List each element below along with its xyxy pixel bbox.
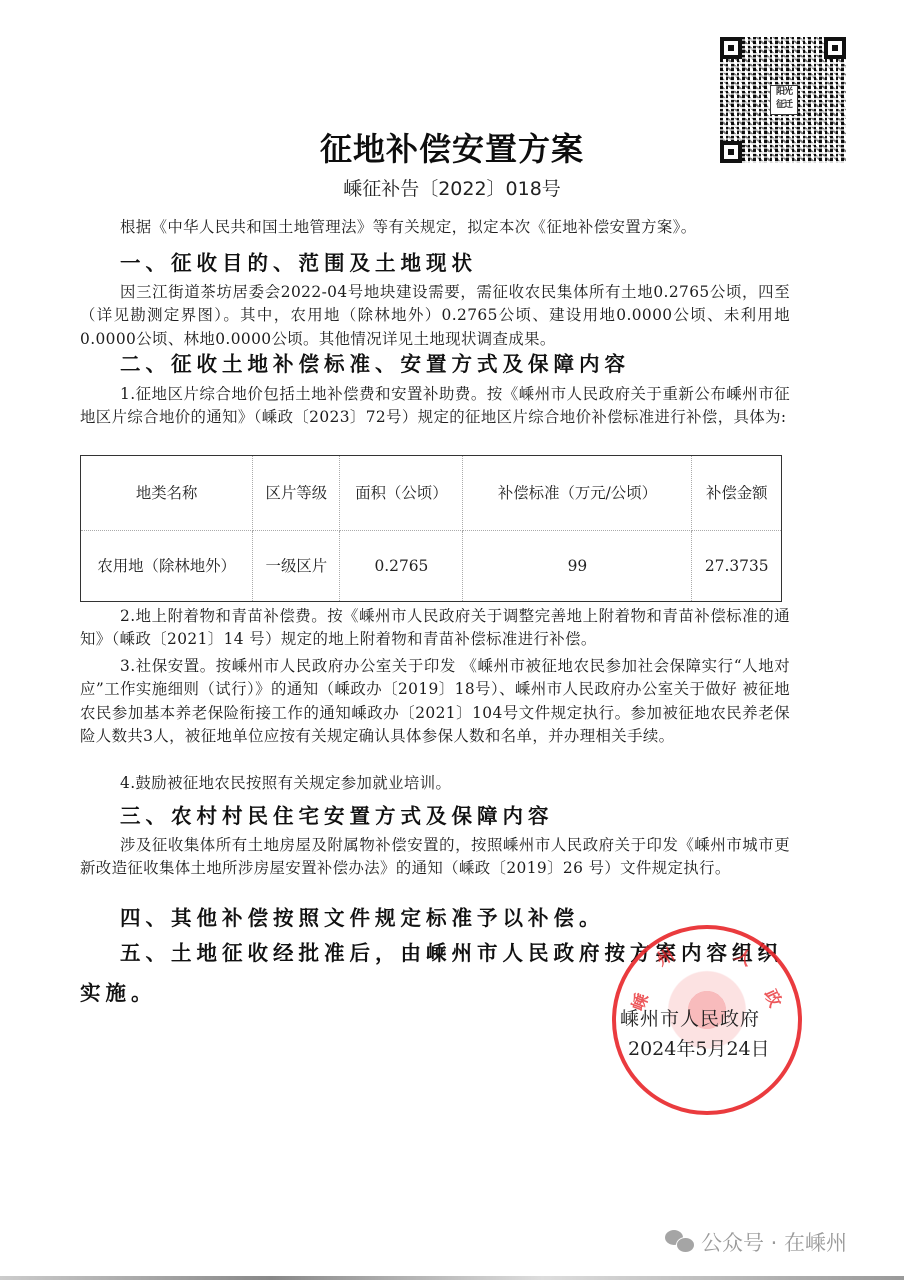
- section-1-paragraph: 因三江街道茶坊居委会2022-04号地块建设需要，需征收农民集体所有土地0.27…: [80, 281, 790, 351]
- table-cell: 农用地（除林地外）: [81, 531, 253, 602]
- document-title: 征地补偿安置方案: [0, 124, 904, 170]
- section-heading-3: 三、农村村民住宅安置方式及保障内容: [120, 799, 554, 829]
- qr-logo-line2: 征迁: [771, 99, 797, 112]
- table-header-cell: 补偿金额: [692, 456, 782, 531]
- table-cell: 一级区片: [253, 531, 340, 602]
- table-header-cell: 地类名称: [81, 456, 253, 531]
- qr-finder-icon: [824, 37, 846, 59]
- section-2-item-2: 2.地上附着物和青苗补偿费。按《嵊州市人民政府关于调整完善地上附着物和青苗补偿标…: [80, 605, 790, 652]
- section-2-item-3: 3.社保安置。按嵊州市人民政府办公室关于印发 《嵊州市被征地农民参加社会保障实行…: [80, 655, 790, 749]
- table-header-row: 地类名称 区片等级 面积（公顷） 补偿标准（万元/公顷） 补偿金额: [81, 456, 782, 531]
- document-number: 嵊征补告〔2022〕018号: [0, 174, 904, 201]
- section-3-paragraph: 涉及征收集体所有土地房屋及附属物补偿安置的，按照嵊州市人民政府关于印发《嵊州市城…: [80, 834, 790, 881]
- wechat-watermark: 公众号 · 在嵊州: [665, 1227, 847, 1257]
- wechat-icon: [665, 1230, 695, 1254]
- table-cell: 0.2765: [340, 531, 463, 602]
- table-row: 农用地（除林地外） 一级区片 0.2765 99 27.3735: [81, 531, 782, 602]
- intro-paragraph: 根据《中华人民共和国土地管理法》等有关规定，拟定本次《征地补偿安置方案》。: [80, 216, 790, 239]
- watermark-label: 公众号 · 在嵊州: [701, 1227, 847, 1257]
- qr-logo-line1: 阳光: [771, 86, 797, 99]
- section-2-item-1: 1.征地区片综合地价包括土地补偿费和安置补助费。按《嵊州市人民政府关于重新公布嵊…: [80, 383, 790, 430]
- issue-date: 2024年5月24日: [628, 1034, 770, 1061]
- table-cell: 99: [463, 531, 692, 602]
- compensation-table: 地类名称 区片等级 面积（公顷） 补偿标准（万元/公顷） 补偿金额 农用地（除林…: [80, 455, 782, 602]
- table-header-cell: 面积（公顷）: [340, 456, 463, 531]
- issuer-signature: 嵊州市人民政府: [620, 1004, 760, 1031]
- section-heading-2: 二、征收土地补偿标准、安置方式及保障内容: [120, 347, 630, 377]
- section-2-item-4: 4.鼓励被征地农民按照有关规定参加就业培训。: [80, 772, 790, 795]
- table-header-cell: 区片等级: [253, 456, 340, 531]
- seal-arc-text: 州: [651, 940, 678, 970]
- section-heading-1: 一、征收目的、范围及土地现状: [120, 246, 477, 276]
- table-cell: 27.3735: [692, 531, 782, 602]
- qr-logo: 阳光 征迁: [770, 85, 798, 115]
- seal-arc-text: 政: [760, 985, 790, 1011]
- qr-finder-icon: [720, 37, 742, 59]
- seal-arc-text: 人: [731, 940, 758, 970]
- table-header-cell: 补偿标准（万元/公顷）: [463, 456, 692, 531]
- scan-edge: [0, 1276, 904, 1280]
